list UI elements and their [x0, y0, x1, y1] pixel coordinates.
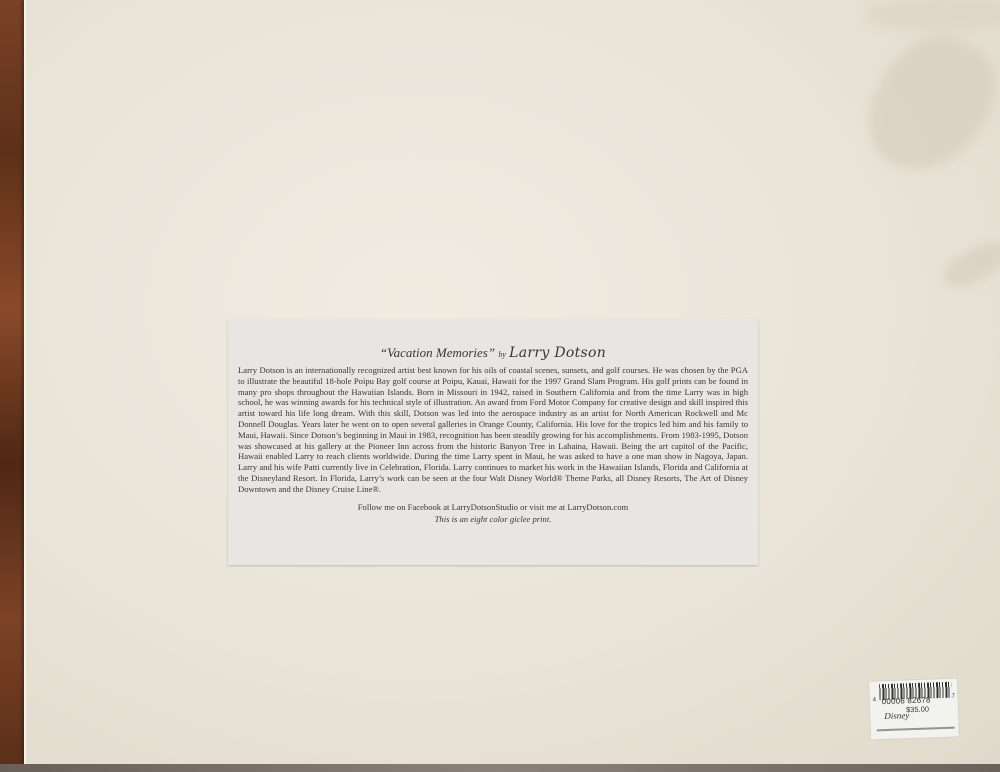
barcode-suffix: 7 — [951, 694, 955, 700]
water-stain — [938, 237, 1000, 294]
artist-bio: Larry Dotson is an internationally recog… — [238, 365, 748, 495]
follow-text: Follow me on Facebook at LarryDotsonStud… — [238, 501, 748, 513]
frame-bottom-edge — [0, 764, 1000, 772]
fine-print — [877, 727, 955, 732]
price-text: $35.00 — [906, 704, 929, 714]
water-stain — [866, 0, 1000, 30]
by-text: by — [498, 350, 506, 359]
artwork-title: “Vacation Memories” — [380, 345, 495, 360]
print-note: This is an eight color giclee print. — [238, 513, 748, 525]
artist-signature: Larry Dotson — [509, 345, 606, 361]
water-stain — [850, 17, 1000, 192]
price-sticker: 4 00006 82678 7 $35.00 Disney — [869, 678, 959, 739]
disney-logo-icon: Disney — [884, 710, 906, 725]
barcode-prefix: 4 — [873, 697, 877, 703]
artist-info-label: “Vacation Memories” by Larry Dotson Larr… — [228, 319, 758, 565]
label-title: “Vacation Memories” by Larry Dotson — [238, 345, 748, 363]
